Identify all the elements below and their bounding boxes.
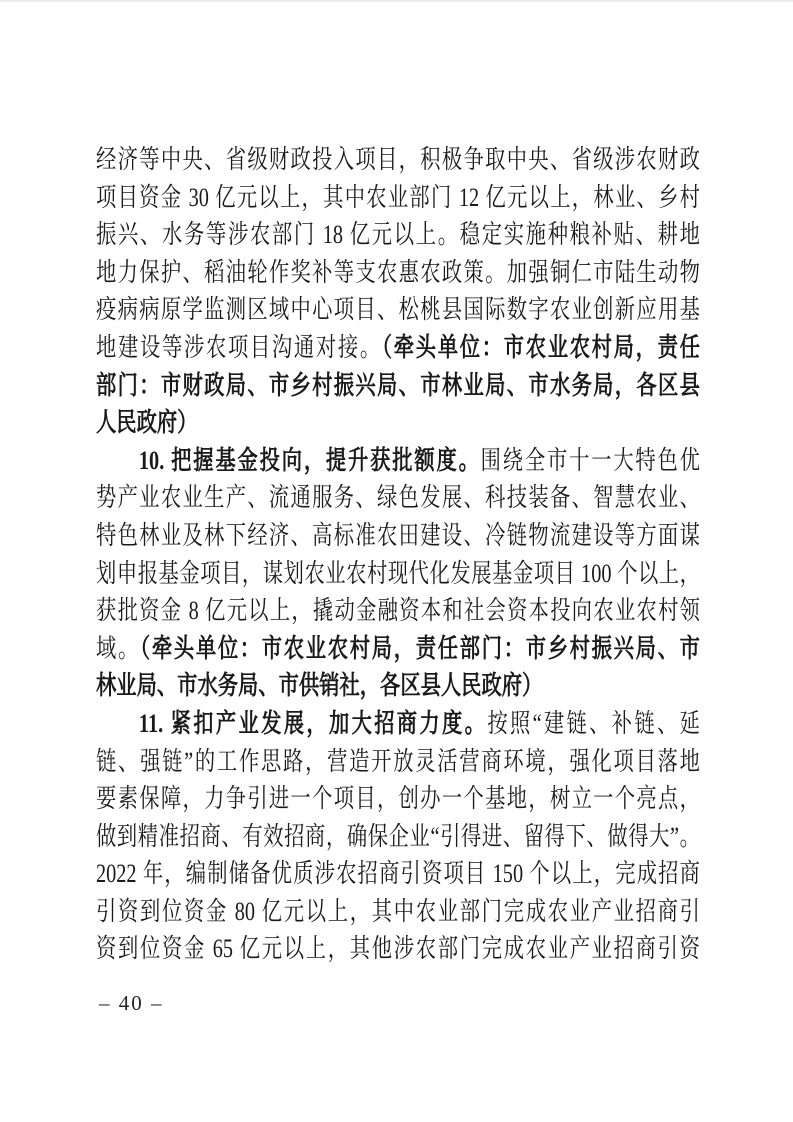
- body-text: 地建设等涉农项目沟通对接。: [96, 333, 382, 362]
- body-text: 项目资金 30 亿元以上，其中农业部门 12 亿元以上，林业、乡村: [96, 183, 700, 212]
- body-text: 围绕全市十一大特色优: [481, 446, 700, 475]
- body-text: 要素保障，力争引进一个项目，创办一个基地，树立一个亮点，: [96, 784, 700, 813]
- text-line: 势产业农业生产、流通服务、绿色发展、科技装备、智慧农业、: [96, 479, 700, 517]
- body-text: 引资到位资金 80 亿元以上，其中农业部门完成农业产业招商引: [96, 897, 700, 926]
- body-text: 按照“建链、补链、延: [487, 709, 700, 738]
- text-line: 人民政府）: [96, 404, 700, 442]
- text-line: 经济等中央、省级财政投入项目，积极争取中央、省级涉农财政: [96, 141, 700, 179]
- text-line: 部门：市财政局、市乡村振兴局、市林业局、市水务局，各区县: [96, 367, 700, 405]
- body-text: 疫病病原学监测区域中心项目、松桃县国际数字农业创新应用基: [96, 295, 700, 324]
- text-line: 地力保护、稻油轮作奖补等支农惠农政策。加强铜仁市陆生动物: [96, 254, 700, 292]
- body-text: 势产业农业生产、流通服务、绿色发展、科技装备、智慧农业、: [96, 483, 700, 512]
- responsible-unit-text: 林业局、市水务局、市供销社，各区县人民政府）: [96, 670, 542, 700]
- text-line: 振兴、水务等涉农部门 18 亿元以上。稳定实施种粮补贴、耕地: [96, 216, 700, 254]
- responsible-unit-text: 人民政府）: [96, 407, 197, 437]
- item-heading-text: 10. 把握基金投向，提升获批额度。: [139, 446, 481, 475]
- text-line: 划申报基金项目，谋划农业农村现代化发展基金项目 100 个以上，: [96, 555, 700, 593]
- document-page: 经济等中央、省级财政投入项目，积极争取中央、省级涉农财政项目资金 30 亿元以上…: [0, 0, 793, 1122]
- text-line: 10. 把握基金投向，提升获批额度。围绕全市十一大特色优: [96, 442, 700, 480]
- text-line: 引资到位资金 80 亿元以上，其中农业部门完成农业产业招商引: [96, 893, 700, 931]
- page-top-edge: [0, 0, 793, 2]
- page-number: – 40 –: [99, 991, 164, 1016]
- body-text: 链、强链”的工作思路，营造开放灵活营商环境，强化项目落地: [96, 747, 700, 776]
- body-text: 资到位资金 65 亿元以上，其他涉农部门完成农业产业招商引资: [96, 934, 700, 963]
- text-line: 项目资金 30 亿元以上，其中农业部门 12 亿元以上，林业、乡村: [96, 179, 700, 217]
- text-line: 疫病病原学监测区域中心项目、松桃县国际数字农业创新应用基: [96, 291, 700, 329]
- body-text: 获批资金 8 亿元以上，撬动金融资本和社会资本投向农业农村领: [96, 596, 700, 625]
- text-line: 做到精准招商、有效招商，确保企业“引得进、留得下、做得大”。: [96, 818, 700, 856]
- text-line: 链、强链”的工作思路，营造开放灵活营商环境，强化项目落地: [96, 743, 700, 781]
- body-text: 做到精准招商、有效招商，确保企业“引得进、留得下、做得大”。: [96, 822, 700, 851]
- text-line: 2022 年，编制储备优质涉农招商引资项目 150 个以上，完成招商: [96, 855, 700, 893]
- text-line: 林业局、市水务局、市供销社，各区县人民政府）: [96, 667, 700, 705]
- text-line: 获批资金 8 亿元以上，撬动金融资本和社会资本投向农业农村领: [96, 592, 700, 630]
- document-body: 经济等中央、省级财政投入项目，积极争取中央、省级涉农财政项目资金 30 亿元以上…: [96, 141, 700, 968]
- body-text: 特色林业及林下经济、高标准农田建设、冷链物流建设等方面谋: [96, 521, 700, 550]
- responsible-unit-text: （牵头单位：市农业农村局，责任: [382, 332, 700, 362]
- body-text: 划申报基金项目，谋划农业农村现代化发展基金项目 100 个以上，: [96, 559, 700, 588]
- item-heading-text: 11. 紧扣产业发展，加大招商力度。: [139, 709, 487, 738]
- text-line: 11. 紧扣产业发展，加大招商力度。按照“建链、补链、延: [96, 705, 700, 743]
- text-line: 要素保障，力争引进一个项目，创办一个基地，树立一个亮点，: [96, 780, 700, 818]
- body-text: 域。: [96, 634, 140, 663]
- responsible-unit-text: 部门：市财政局、市乡村振兴局、市林业局、市水务局，各区县: [96, 370, 700, 400]
- text-line: 特色林业及林下经济、高标准农田建设、冷链物流建设等方面谋: [96, 517, 700, 555]
- text-line: 地建设等涉农项目沟通对接。（牵头单位：市农业农村局，责任: [96, 329, 700, 367]
- responsible-unit-text: （牵头单位：市农业农村局，责任部门：市乡村振兴局、市: [140, 633, 700, 663]
- text-line: 域。（牵头单位：市农业农村局，责任部门：市乡村振兴局、市: [96, 630, 700, 668]
- body-text: 振兴、水务等涉农部门 18 亿元以上。稳定实施种粮补贴、耕地: [96, 220, 700, 249]
- body-text: 2022 年，编制储备优质涉农招商引资项目 150 个以上，完成招商: [96, 859, 700, 888]
- body-text: 经济等中央、省级财政投入项目，积极争取中央、省级涉农财政: [96, 145, 700, 174]
- text-line: 资到位资金 65 亿元以上，其他涉农部门完成农业产业招商引资: [96, 930, 700, 968]
- body-text: 地力保护、稻油轮作奖补等支农惠农政策。加强铜仁市陆生动物: [96, 258, 700, 287]
